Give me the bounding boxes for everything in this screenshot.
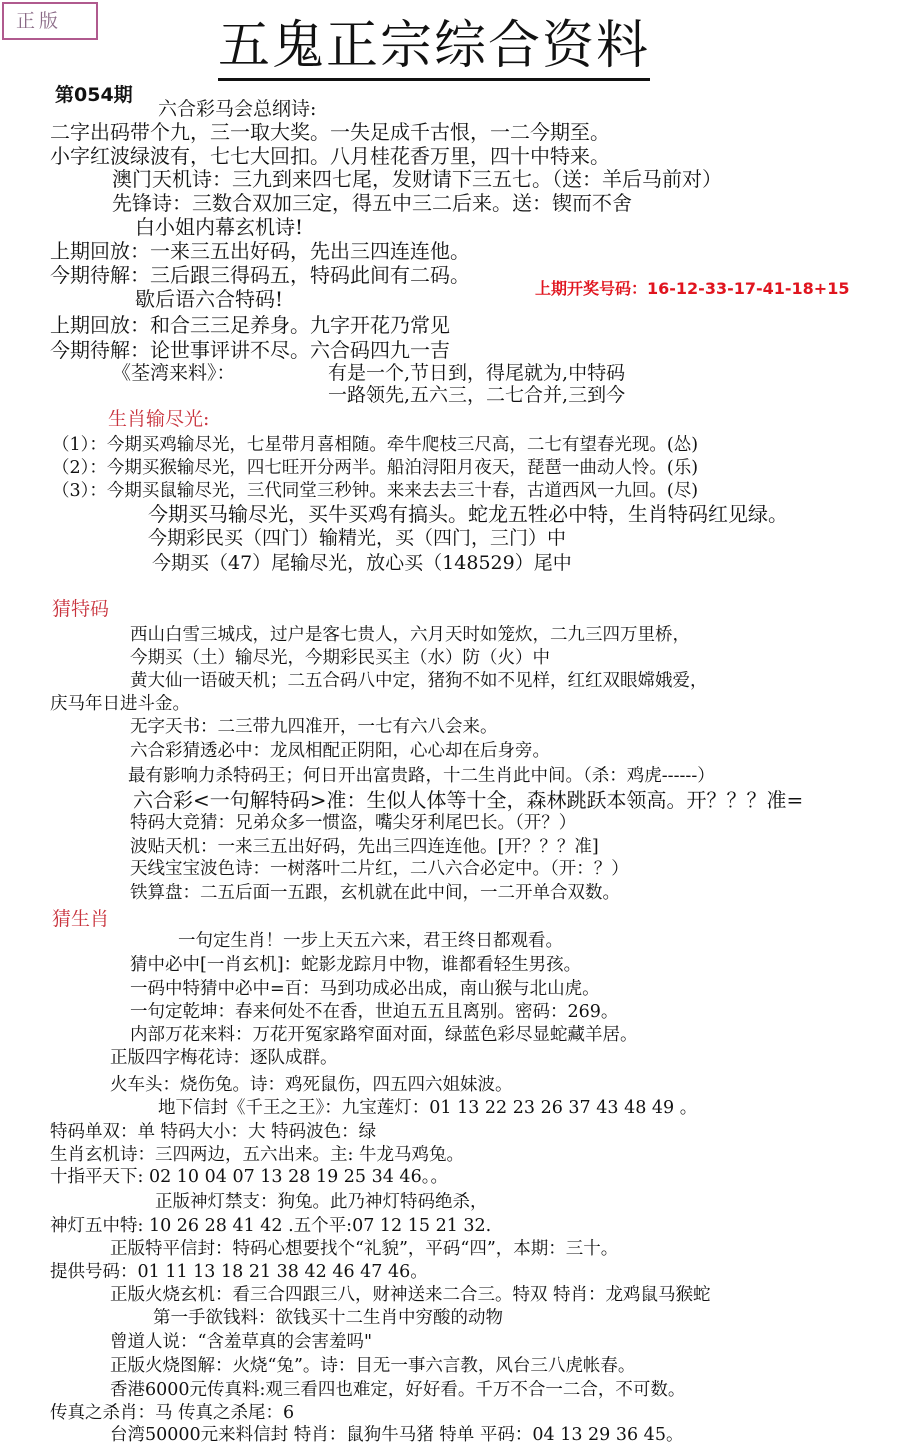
intro-line: 上期回放：一来三五出好码，先出三四连连他。 [50,240,470,262]
list-item: 庆马年日进斗金。 [50,693,190,715]
list-item: 六合彩猜透必中：龙凤相配正阴阳，心心却在后身旁。 [130,740,550,762]
list-item: 最有影响力杀特码王；何日开出富贵路，十二生肖此中间。（杀：鸡虎------） [128,765,715,787]
list-item: 今期买马输尽光，买牛买鸡有搞头。蛇龙五牲必中特，生肖特码红见绿。 [148,503,788,525]
list-item: 今期买（47）尾输尽光，放心买（148529）尾中 [152,552,572,574]
list-item: 火车头：烧伤兔。诗：鸡死鼠伤，四五四六姐妹波。 [110,1074,513,1096]
list-item: 生肖玄机诗：三四两边，五六出来。主: 牛龙马鸡兔。 [50,1144,464,1166]
list-item: 正版火烧玄机：看三合四跟三八，财神送来二合三。特双 特肖：龙鸡鼠马猴蛇 [110,1284,711,1306]
list-item: 正版火烧图解：火烧“兔”。诗：目无一事六言教，风台三八虎帐春。 [110,1355,635,1377]
issue-number: 第054期 [55,80,133,107]
section-heading-guess-special: 猜特码 [52,594,109,621]
list-item: 内部万花来料：万花开冤家路窄面对面，绿蓝色彩尽显蛇藏羊居。 [130,1024,638,1046]
intro-line: 小字红波绿波有，七七大回扣。八月桂花香万里，四十中特来。 [50,145,610,167]
intro-line: 上期回放：和合三三足养身。九字开花乃常见 [50,314,450,336]
list-item: 特码大竞猜：兄弟众多一惯盗，嘴尖牙利尾巴长。（开？） [130,812,576,834]
list-item: 铁算盘：二五后面一五跟，玄机就在此中间，一二开单合双数。 [130,882,620,904]
list-item: 波贴天机：一来三五出好码，先出三四连连他。[开？？？准] [130,836,599,858]
intro-line: 二字出码带个九，三一取大奖。一失足成千古恨，一二今期至。 [50,121,610,143]
intro-line: 澳门天机诗：三九到来四七尾，发财请下三五七。（送：羊后马前对） [112,168,722,190]
section-heading-zodiac-lose: 生肖输尽光: [108,404,209,431]
list-item: 第一手欲钱料：欲钱买十二生肖中穷酸的动物 [153,1307,503,1329]
list-item: 正版四字梅花诗：逐队成群。 [110,1047,338,1069]
list-item: 台湾50000元来料信封 特肖：鼠狗牛马猪 特单 平码：04 13 29 36 … [110,1424,683,1445]
list-item: 一码中特猜中必中=百：马到功成必出成，南山猴与北山虎。 [130,978,600,1000]
intro-line: 今期待解：三后跟三得码五，特码此间有二码。 [50,264,470,286]
list-item: 曾道人说：“含羞草真的会害羞吗" [110,1331,372,1353]
list-item: 一句定生肖！一步上天五六来，君王终日都观看。 [178,930,563,952]
list-item: 今期彩民买（四门）输精光，买（四门，三门）中 [148,527,566,549]
intro-line: 一路领先,五六三，二七合并,三到今 [328,384,625,406]
list-item: 香港6000元传真料:观三看四也难定，好好看。千万不合一二合，不可数。 [110,1379,685,1401]
list-item: 西山白雪三城戌，过户是客七贵人，六月天时如笼炊，二九三四万里桥， [130,624,690,646]
list-item: 十指平天下: 02 10 04 07 13 28 19 25 34 46。。 [50,1166,448,1188]
intro-line: 歇后语六合特码! [135,288,283,310]
authentic-badge: 正版 [2,2,98,40]
list-item: 特码单双：单 特码大小：大 特码波色：绿 [50,1121,376,1143]
intro-line: 白小姐内幕玄机诗! [135,216,303,238]
list-item: 提供号码：01 11 13 18 21 38 42 46 47 46。 [50,1261,428,1283]
list-item: 天线宝宝波色诗：一树落叶二片红，二八六合必定中。（开：？） [130,858,629,880]
list-item: 猜中必中[一肖玄机]：蛇影龙踪月中物，谁都看轻生男孩。 [130,954,581,976]
list-item: 无字天书：二三带九四准开，一七有六八会来。 [130,716,498,738]
intro-line: 《荃湾来料》： [112,362,236,384]
intro-line: 六合彩马会总纲诗: [158,98,316,120]
list-item: 神灯五中特: 10 26 28 41 42 .五个平:07 12 15 21 3… [50,1215,491,1237]
list-item: 黄大仙一语破天机；二五合码八中定，猪狗不如不见样，红红双眼嫦娥爱， [130,670,708,692]
list-item: （1）：今期买鸡输尽光，七星带月喜相随。牵牛爬枝三尺高，二七有望春光现。(怂) [52,434,698,456]
list-item: 传真之杀肖：马 传真之杀尾：6 [50,1402,294,1424]
list-item: 地下信封《千王之王》：九宝莲灯：01 13 22 23 26 37 43 48 … [158,1097,697,1119]
last-draw-result: 上期开奖号码：16-12-33-17-41-18+15 [535,276,849,299]
intro-line: 有是一个,节日到，得尾就为,中特码 [328,362,625,384]
list-item: 正版神灯禁支：狗兔。此乃神灯特码绝杀， [155,1191,488,1213]
list-item: 六合彩<一句解特码>准：生似人体等十全，森林跳跃本领高。开？？？准= [133,789,803,811]
list-item: （3）：今期买鼠输尽光，三代同堂三秒钟。来来去去三十春，古道西风一九回。(尽) [52,480,698,502]
section-heading-guess-zodiac: 猜生肖 [52,904,109,931]
list-item: 正版特平信封：特码心想要找个“礼貌”，平码“四”，本期：三十。 [110,1238,618,1260]
intro-line: 今期待解：论世事评讲不尽。六合码四九一吉 [50,339,450,361]
page-title: 五鬼正宗综合资料 [218,16,650,81]
list-item: 一句定乾坤：春来何处不在香，世迫五五且离别。密码：269。 [130,1001,618,1023]
list-item: 今期买（土）输尽光，今期彩民买主（水）防（火）中 [130,647,550,669]
list-item: （2）：今期买猴输尽光，四七旺开分两半。船泊浔阳月夜天，琵琶一曲动人怜。(乐) [52,457,698,479]
intro-line: 先锋诗：三数合双加三定，得五中三二后来。送：锲而不舍 [112,192,632,214]
